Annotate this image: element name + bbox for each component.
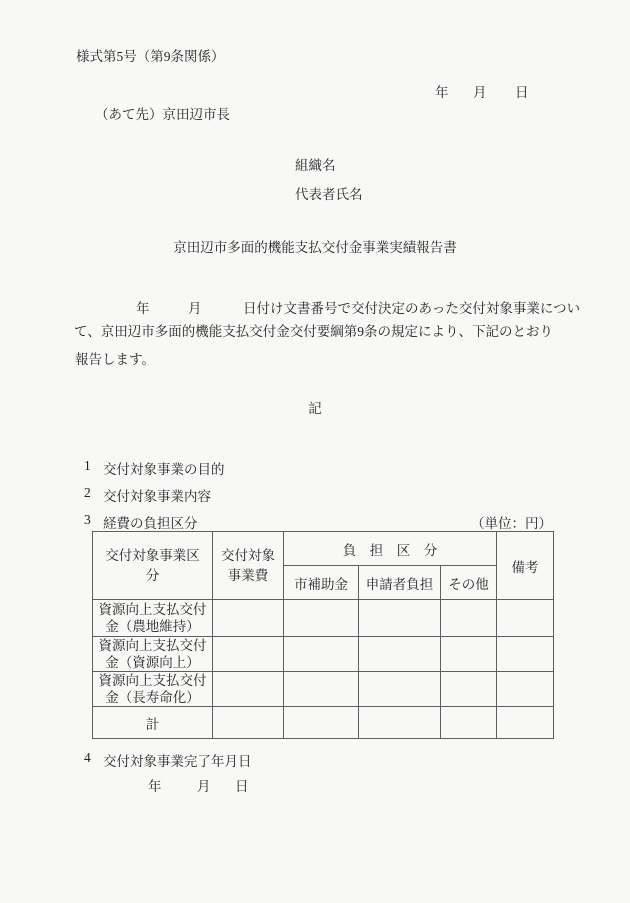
total-label: 計 (93, 707, 213, 739)
cell-remarks (497, 600, 554, 637)
row-label-line1: 資源向上支払交付 (93, 637, 212, 654)
date-line-top: 年 月 日 (0, 81, 630, 96)
row-label-line2: 金（農地維持） (93, 618, 212, 635)
header-city-subsidy: 市補助金 (284, 566, 359, 600)
item-1-number: 1 (84, 458, 91, 474)
cell-applicant-burden (359, 707, 441, 739)
row-label: 資源向上支払交付 金（農地維持） (93, 600, 213, 637)
table-header-row-1: 交付対象事業区 分 交付対象 事業費 負 担 区 分 備考 (93, 532, 554, 566)
table-row-total: 計 (93, 707, 554, 739)
cell-other (441, 707, 497, 739)
item-1-label: 交付対象事業の目的 (103, 458, 225, 478)
header-project-cost: 交付対象 事業費 (213, 532, 284, 600)
item-2-number: 2 (84, 485, 91, 501)
cell-city-subsidy (284, 637, 359, 672)
cell-city-subsidy (284, 600, 359, 637)
cell-remarks (497, 637, 554, 672)
form-number: 様式第5号（第9条関係） (76, 49, 225, 64)
cell-city-subsidy (284, 707, 359, 739)
date-line-bottom: 年 月 日 (0, 775, 630, 790)
row-label: 資源向上支払交付 金（資源向上） (93, 637, 213, 672)
header-cost-line2: 事業費 (213, 566, 283, 586)
cell-other (441, 637, 497, 672)
representative-label: 代表者氏名 (295, 187, 363, 202)
unit-note: （単位：円） (471, 512, 552, 532)
row-label: 資源向上支払交付 金（長寿命化） (93, 672, 213, 707)
date-bottom-month: 月 (197, 775, 211, 795)
cell-project-cost (213, 637, 284, 672)
record-mark: 記 (0, 401, 630, 416)
cell-applicant-burden (359, 637, 441, 672)
header-category-line2: 分 (93, 566, 212, 586)
date-top-year: 年 (435, 81, 449, 101)
document-title: 京田辺市多面的機能支払交付金事業実績報告書 (0, 240, 630, 255)
row-label-line2: 金（資源向上） (93, 654, 212, 671)
cell-other (441, 672, 497, 707)
body-paragraph-line-3: 報告します。 (75, 352, 155, 367)
date-top-day: 日 (515, 81, 529, 101)
document-page: 様式第5号（第9条関係） 年 月 日 （あて先）京田辺市長 組織名 代表者氏名 … (0, 0, 630, 903)
header-burden-division: 負 担 区 分 (284, 532, 497, 566)
cell-project-cost (213, 707, 284, 739)
cell-remarks (497, 672, 554, 707)
cell-remarks (497, 707, 554, 739)
date-bottom-year: 年 (148, 775, 162, 795)
expense-burden-table: 交付対象事業区 分 交付対象 事業費 負 担 区 分 備考 市補助金 申請者負担… (92, 531, 554, 739)
item-4-label: 交付対象事業完了年月日 (103, 750, 252, 770)
header-category-line1: 交付対象事業区 (93, 546, 212, 566)
row-label-line1: 資源向上支払交付 (93, 672, 212, 689)
list-item-2: 2 交付対象事業内容 (0, 485, 630, 500)
body-paragraph-line-2: て、京田辺市多面的機能支払交付金交付要綱第9条の規定により、下記のとおり (74, 324, 553, 339)
header-other: その他 (441, 566, 497, 600)
list-item-3: 3 経費の負担区分 （単位：円） (0, 512, 630, 527)
header-cost-line1: 交付対象 (213, 546, 283, 566)
table-row-farmland-maintenance: 資源向上支払交付 金（農地維持） (93, 600, 554, 637)
item-2-label: 交付対象事業内容 (103, 485, 211, 505)
date-top-month: 月 (473, 81, 487, 101)
item-3-label: 経費の負担区分 (103, 512, 198, 532)
body-year: 年 (136, 297, 150, 317)
table-row-resource-improvement: 資源向上支払交付 金（資源向上） (93, 637, 554, 672)
cell-project-cost (213, 672, 284, 707)
item-3-number: 3 (84, 512, 91, 528)
organization-label: 組織名 (295, 158, 336, 173)
row-label-line1: 資源向上支払交付 (93, 601, 212, 618)
cell-applicant-burden (359, 672, 441, 707)
cell-project-cost (213, 600, 284, 637)
table-row-longevity: 資源向上支払交付 金（長寿命化） (93, 672, 554, 707)
item-4-number: 4 (84, 750, 91, 766)
header-applicant-burden: 申請者負担 (359, 566, 441, 600)
row-label-line2: 金（長寿命化） (93, 689, 212, 706)
date-bottom-day: 日 (235, 775, 249, 795)
body-paragraph-line-1: 年 月 日付け文書番号で交付決定のあった交付対象事業につい (0, 297, 630, 312)
list-item-1: 1 交付対象事業の目的 (0, 458, 630, 473)
list-item-4: 4 交付対象事業完了年月日 (0, 750, 630, 765)
body-month: 月 (188, 297, 202, 317)
body-line1-rest: 日付け文書番号で交付決定のあった交付対象事業につい (243, 297, 580, 317)
cell-other (441, 600, 497, 637)
cell-city-subsidy (284, 672, 359, 707)
header-remarks: 備考 (497, 532, 554, 600)
addressee: （あて先）京田辺市長 (95, 107, 230, 122)
cell-applicant-burden (359, 600, 441, 637)
header-category: 交付対象事業区 分 (93, 532, 213, 600)
